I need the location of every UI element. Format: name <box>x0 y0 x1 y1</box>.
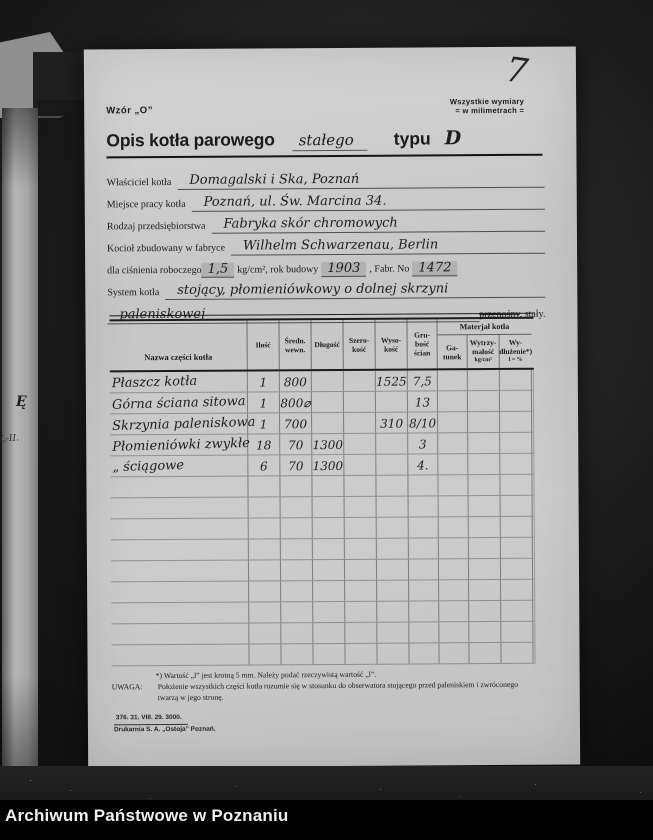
table-cell <box>469 601 501 621</box>
build-year-value: 1903 <box>321 262 366 277</box>
table-cell <box>111 519 249 540</box>
table-cell <box>469 538 501 558</box>
table-cell <box>500 391 532 411</box>
archive-caption-bar: Archiwum Państwowe w Poznaniu <box>0 800 653 840</box>
table-cell <box>345 560 377 580</box>
table-cell <box>500 370 532 390</box>
table-cell <box>500 412 532 432</box>
table-row: Płaszcz kotła180015257,5 <box>110 370 533 394</box>
table-cell <box>377 539 409 559</box>
table-cell: 700 <box>280 413 312 433</box>
table-row <box>111 580 534 604</box>
table-cell <box>438 412 468 432</box>
table-cell: 1525 <box>376 371 408 391</box>
title-written-type: D <box>445 127 462 149</box>
table-cell-value: 70 <box>288 460 303 475</box>
footnote-uwaga: UWAGA:Położenie wszystkich części kotła … <box>112 680 540 703</box>
table-cell <box>313 602 345 622</box>
table-cell-value: 6 <box>260 460 268 475</box>
table-cell <box>248 476 280 496</box>
table-cell <box>313 623 345 643</box>
table-cell <box>377 602 409 622</box>
table-cell-value: 1 <box>259 376 267 391</box>
table-cell <box>281 560 313 580</box>
table-cell <box>111 561 249 582</box>
table-cell <box>439 643 469 663</box>
table-cell <box>111 603 249 624</box>
table-cell <box>377 497 409 517</box>
table-cell <box>376 392 408 412</box>
table-row <box>111 622 534 646</box>
table-cell: Górna ściana sitowa <box>110 393 248 414</box>
table-cell: 6 <box>248 455 280 475</box>
table-cell <box>344 392 376 412</box>
table-cell: 4. <box>408 454 438 474</box>
boiler-parts-table: Nazwa części kotła Ilość Średn. wewn. Dł… <box>109 313 535 667</box>
col-header-strength: Wytrzy-małość kg/cm² <box>468 335 500 368</box>
table-cell <box>111 645 249 666</box>
col-header-inner-diameter: Średn. wewn. <box>279 320 311 369</box>
page-gap-shadow <box>38 100 88 768</box>
dimensions-note: Wszystkie wymiary = w milimetrach = <box>450 97 524 116</box>
table-cell <box>345 602 377 622</box>
table-cell <box>500 454 532 474</box>
table-cell <box>468 475 500 495</box>
under-page-edge: Ę L-II. <box>2 108 38 768</box>
table-cell-value: Skrzynia paleniskowa <box>110 416 256 436</box>
table-cell <box>313 497 345 517</box>
table-cell <box>281 497 313 517</box>
table-cell-value: 1 <box>260 397 268 412</box>
table-cell <box>469 517 501 537</box>
table-cell: 1300 <box>312 434 344 454</box>
table-cell <box>344 413 376 433</box>
table-cell-value: 70 <box>288 439 303 454</box>
printer-name: Drukarnia S. A. „Ostoja” Poznań. <box>114 724 216 734</box>
table-cell <box>439 559 469 579</box>
table-cell <box>409 538 439 558</box>
margin-note-mark: Ę <box>16 394 27 410</box>
table-cell <box>408 475 438 495</box>
table-cell <box>501 517 533 537</box>
table-cell <box>468 391 500 411</box>
table-cell <box>281 581 313 601</box>
col-header-elongation-label: Wy-dłużenie*) <box>499 338 532 356</box>
col-header-wall-thickness: Gru-bość ścian <box>407 319 437 368</box>
table-cell <box>281 539 313 559</box>
field-location: Miejsce pracy kotła Poznań, ul. Św. Marc… <box>107 188 545 213</box>
table-cell <box>281 644 313 664</box>
pressure-value: 1,5 <box>202 263 235 278</box>
table-cell <box>439 517 469 537</box>
table-cell <box>313 581 345 601</box>
field-system-label: System kotła <box>107 287 159 300</box>
table-cell <box>409 559 439 579</box>
dust-specks <box>30 780 31 781</box>
print-info: 376. 31. VIII. 29. 3000. Drukarnia S. A.… <box>114 713 216 735</box>
table-cell <box>501 601 533 621</box>
table-cell <box>111 498 249 519</box>
table-cell: 13 <box>408 391 438 411</box>
table-cell <box>249 497 281 517</box>
table-cell <box>313 560 345 580</box>
col-header-elongation-unit: l = % <box>509 357 523 364</box>
table-cell-value: „ ściągowe <box>110 459 184 477</box>
table-cell <box>500 475 532 495</box>
archive-caption: Archiwum Państwowe w Poznaniu <box>5 806 289 826</box>
table-cell-value: 3 <box>419 438 427 453</box>
table-cell-value: 18 <box>256 439 271 454</box>
margin-note-signature: L-II. <box>0 433 19 444</box>
table-cell <box>312 413 344 433</box>
table-cell <box>345 623 377 643</box>
table-cell <box>376 455 408 475</box>
table-cell-value: 8/10 <box>409 417 436 432</box>
table-row: Górna ściana sitowa1800⌀13 <box>110 391 533 415</box>
table-cell: Płaszcz kotła <box>110 372 248 393</box>
table-cell <box>344 455 376 475</box>
table-cell <box>312 371 344 391</box>
material-group: Materjał kotła Ga-tunek Wytrzy-małość kg… <box>437 319 531 369</box>
table-cell-value: 1525 <box>376 376 407 391</box>
table-cell <box>469 643 501 663</box>
form-title: Opis kotła parowego <box>106 129 274 150</box>
print-code: 376. 31. VIII. 29. 3000. <box>114 713 188 725</box>
form-fields: Właściciel kotła Domagalski i Ska, Pozna… <box>107 166 546 325</box>
table-cell <box>344 371 376 391</box>
table-row <box>111 601 534 625</box>
field-system: System kotła stojący, płomieniówkowy o d… <box>107 276 545 301</box>
document-page: Wzór „O” Wszystkie wymiary = w milimetra… <box>84 47 580 768</box>
table-cell <box>249 560 281 580</box>
field-pressure-label: dla ciśnienia roboczego <box>107 265 201 279</box>
table-cell <box>438 391 468 411</box>
table-cell: 3 <box>408 433 438 453</box>
material-group-header: Materjał kotła <box>437 319 531 336</box>
form-title-row: Opis kotła parowego stałego typu D <box>106 127 542 159</box>
table-cell <box>468 412 500 432</box>
field-business: Rodzaj przedsiębiorstwa Fabryka skór chr… <box>107 210 545 235</box>
table-row <box>111 538 534 562</box>
table-cell <box>409 517 439 537</box>
table-cell <box>377 518 409 538</box>
table-cell <box>110 477 248 498</box>
table-cell <box>409 580 439 600</box>
field-business-value: Fabryka skór chromowych <box>211 216 544 234</box>
table-cell <box>249 644 281 664</box>
table-cell <box>345 581 377 601</box>
field-manufacturer-label: Kocioł zbudowany w fabryce <box>107 243 225 257</box>
table-cell-value: Płaszcz kotła <box>110 375 198 394</box>
table-cell <box>281 518 313 538</box>
photo-bottom-band <box>0 766 653 800</box>
table-cell <box>281 602 313 622</box>
table-cell <box>376 476 408 496</box>
col-header-length: Długość <box>311 320 343 369</box>
table-cell <box>409 496 439 516</box>
table-cell-value: 310 <box>380 418 403 433</box>
table-cell <box>344 434 376 454</box>
table-cell <box>469 622 501 642</box>
col-header-grade: Ga-tunek <box>438 335 468 368</box>
title-typu-label: typu <box>394 128 431 148</box>
table-cell <box>312 392 344 412</box>
field-business-label: Rodzaj przedsiębiorstwa <box>107 221 206 235</box>
table-cell-value: Płomieniówki zwykłe <box>110 437 250 457</box>
table-cell <box>469 580 501 600</box>
table-cell <box>501 622 533 642</box>
fabr-no-value: 1472 <box>412 261 457 276</box>
table-cell <box>377 644 409 664</box>
field-owner-value: Domagalski i Ska, Poznań <box>177 172 544 190</box>
table-cell <box>438 433 468 453</box>
table-header: Nazwa części kotła Ilość Średn. wewn. Dł… <box>109 317 533 373</box>
table-cell: 1 <box>248 371 280 391</box>
table-cell: 18 <box>248 434 280 454</box>
table-cell <box>111 624 249 645</box>
col-header-width: Szero-kość <box>343 320 375 369</box>
table-cell <box>313 644 345 664</box>
table-cell <box>439 580 469 600</box>
table-cell <box>345 644 377 664</box>
table-cell <box>249 539 281 559</box>
table-cell <box>377 560 409 580</box>
table-cell-value: 800⌀ <box>280 397 310 412</box>
table-cell <box>469 559 501 579</box>
field-manufacturer: Kocioł zbudowany w fabryce Wilhelm Schwa… <box>107 232 545 257</box>
table-cell <box>377 581 409 601</box>
table-row: Płomieniówki zwykłe187013003 <box>110 433 533 457</box>
dimensions-note-line2: = w milimetrach = <box>450 106 524 116</box>
col-header-qty: Ilość <box>247 320 279 369</box>
table-cell: Skrzynia paleniskowa <box>110 414 248 435</box>
table-cell <box>281 623 313 643</box>
scanned-archive-photo: Ę L-II. Wzór „O” Wszystkie wymiary = w m… <box>0 0 653 840</box>
table-row <box>111 496 534 520</box>
table-cell: „ ściągowe <box>110 456 248 477</box>
table-cell <box>409 601 439 621</box>
footnote-uwaga-label: UWAGA: <box>112 682 158 693</box>
table-cell: 310 <box>376 413 408 433</box>
table-cell <box>468 370 500 390</box>
table-cell: 70 <box>280 455 312 475</box>
form-model-note: Wzór „O” <box>106 105 153 116</box>
table-cell <box>438 454 468 474</box>
table-cell <box>249 623 281 643</box>
handwritten-page-number: 7 <box>504 50 531 93</box>
table-cell <box>249 602 281 622</box>
table-cell <box>468 454 500 474</box>
table-cell-value: 1300 <box>313 460 344 475</box>
table-cell-value: 1 <box>260 418 268 433</box>
table-body: Płaszcz kotła180015257,5Górna ściana sit… <box>110 370 536 667</box>
table-cell <box>280 476 312 496</box>
table-cell: Płomieniówki zwykłe <box>110 435 248 456</box>
col-header-elongation: Wy-dłużenie*) l = % <box>500 335 532 368</box>
table-cell <box>468 433 500 453</box>
table-cell <box>345 539 377 559</box>
table-cell <box>501 643 533 663</box>
table-row <box>111 643 534 667</box>
field-location-label: Miejsce pracy kotła <box>107 199 186 212</box>
footnote-uwaga-text: Położenie wszystkich części kotła rozumi… <box>158 680 518 702</box>
fabr-no-label: , Fabr. No <box>366 264 412 277</box>
table-cell <box>345 497 377 517</box>
material-group-columns: Ga-tunek Wytrzy-małość kg/cm² Wy-dłużeni… <box>438 335 532 369</box>
col-header-name: Nazwa części kotła <box>109 321 247 371</box>
table-cell <box>377 623 409 643</box>
table-cell: 1300 <box>312 455 344 475</box>
table-cell <box>111 540 249 561</box>
col-header-strength-label: Wytrzy-małość <box>469 338 498 356</box>
field-pressure: dla ciśnienia roboczego 1,5 kg/cm², rok … <box>107 254 545 279</box>
table-cell <box>409 643 439 663</box>
table-cell <box>469 496 501 516</box>
pressure-unit-label: kg/cm², rok budowy <box>234 264 321 278</box>
table-row: Skrzynia paleniskowa17003108/10 <box>110 412 533 436</box>
table-cell <box>501 538 533 558</box>
table-row <box>111 517 534 541</box>
table-cell <box>376 434 408 454</box>
table-cell: 1 <box>248 392 280 412</box>
table-cell <box>409 622 439 642</box>
table-row: „ ściągowe67013004. <box>110 454 533 478</box>
table-cell-value: 700 <box>284 418 307 433</box>
table-cell <box>438 370 468 390</box>
table-cell-value: 800 <box>284 376 307 391</box>
table-cell: 800 <box>280 371 312 391</box>
field-location-value: Poznań, ul. Św. Marcina 34. <box>192 194 545 212</box>
table-cell <box>500 433 532 453</box>
table-cell <box>438 475 468 495</box>
dimensions-note-line1: Wszystkie wymiary <box>450 97 524 107</box>
table-cell <box>313 539 345 559</box>
table-row <box>110 475 533 499</box>
table-cell <box>345 518 377 538</box>
table-cell <box>111 582 249 603</box>
table-cell: 7,5 <box>408 370 438 390</box>
table-cell <box>312 476 344 496</box>
table-cell <box>439 622 469 642</box>
table-cell <box>344 476 376 496</box>
field-manufacturer-value: Wilhelm Schwarzenau, Berlin <box>231 238 545 256</box>
table-cell: 800⌀ <box>280 392 312 412</box>
col-header-strength-unit: kg/cm² <box>474 357 492 364</box>
table-cell-value: 13 <box>415 396 430 411</box>
table-cell-value: 7,5 <box>413 375 432 390</box>
table-cell: 8/10 <box>408 412 438 432</box>
table-row <box>111 559 534 583</box>
footnotes: *) Wartość „l” jest krotną 5 mm. Należy … <box>112 669 540 704</box>
table-cell-value: 1300 <box>312 439 343 454</box>
table-cell <box>501 496 533 516</box>
table-cell-value: 4. <box>417 459 429 474</box>
title-written-kind: stałego <box>293 131 368 151</box>
table-cell <box>249 581 281 601</box>
table-cell <box>439 496 469 516</box>
table-cell <box>501 559 533 579</box>
table-cell <box>501 580 533 600</box>
table-cell: 70 <box>280 434 312 454</box>
system-value-line1: stojący, płomieniówkowy o dolnej skrzyni <box>165 282 545 300</box>
table-cell <box>313 518 345 538</box>
table-cell-value: Górna ściana sitowa <box>110 395 246 415</box>
field-owner-label: Właściciel kotła <box>107 177 172 190</box>
table-cell <box>439 601 469 621</box>
col-header-height: Wyso-kość <box>375 320 407 369</box>
table-cell <box>249 518 281 538</box>
field-owner: Właściciel kotła Domagalski i Ska, Pozna… <box>107 166 545 191</box>
table-cell <box>439 538 469 558</box>
